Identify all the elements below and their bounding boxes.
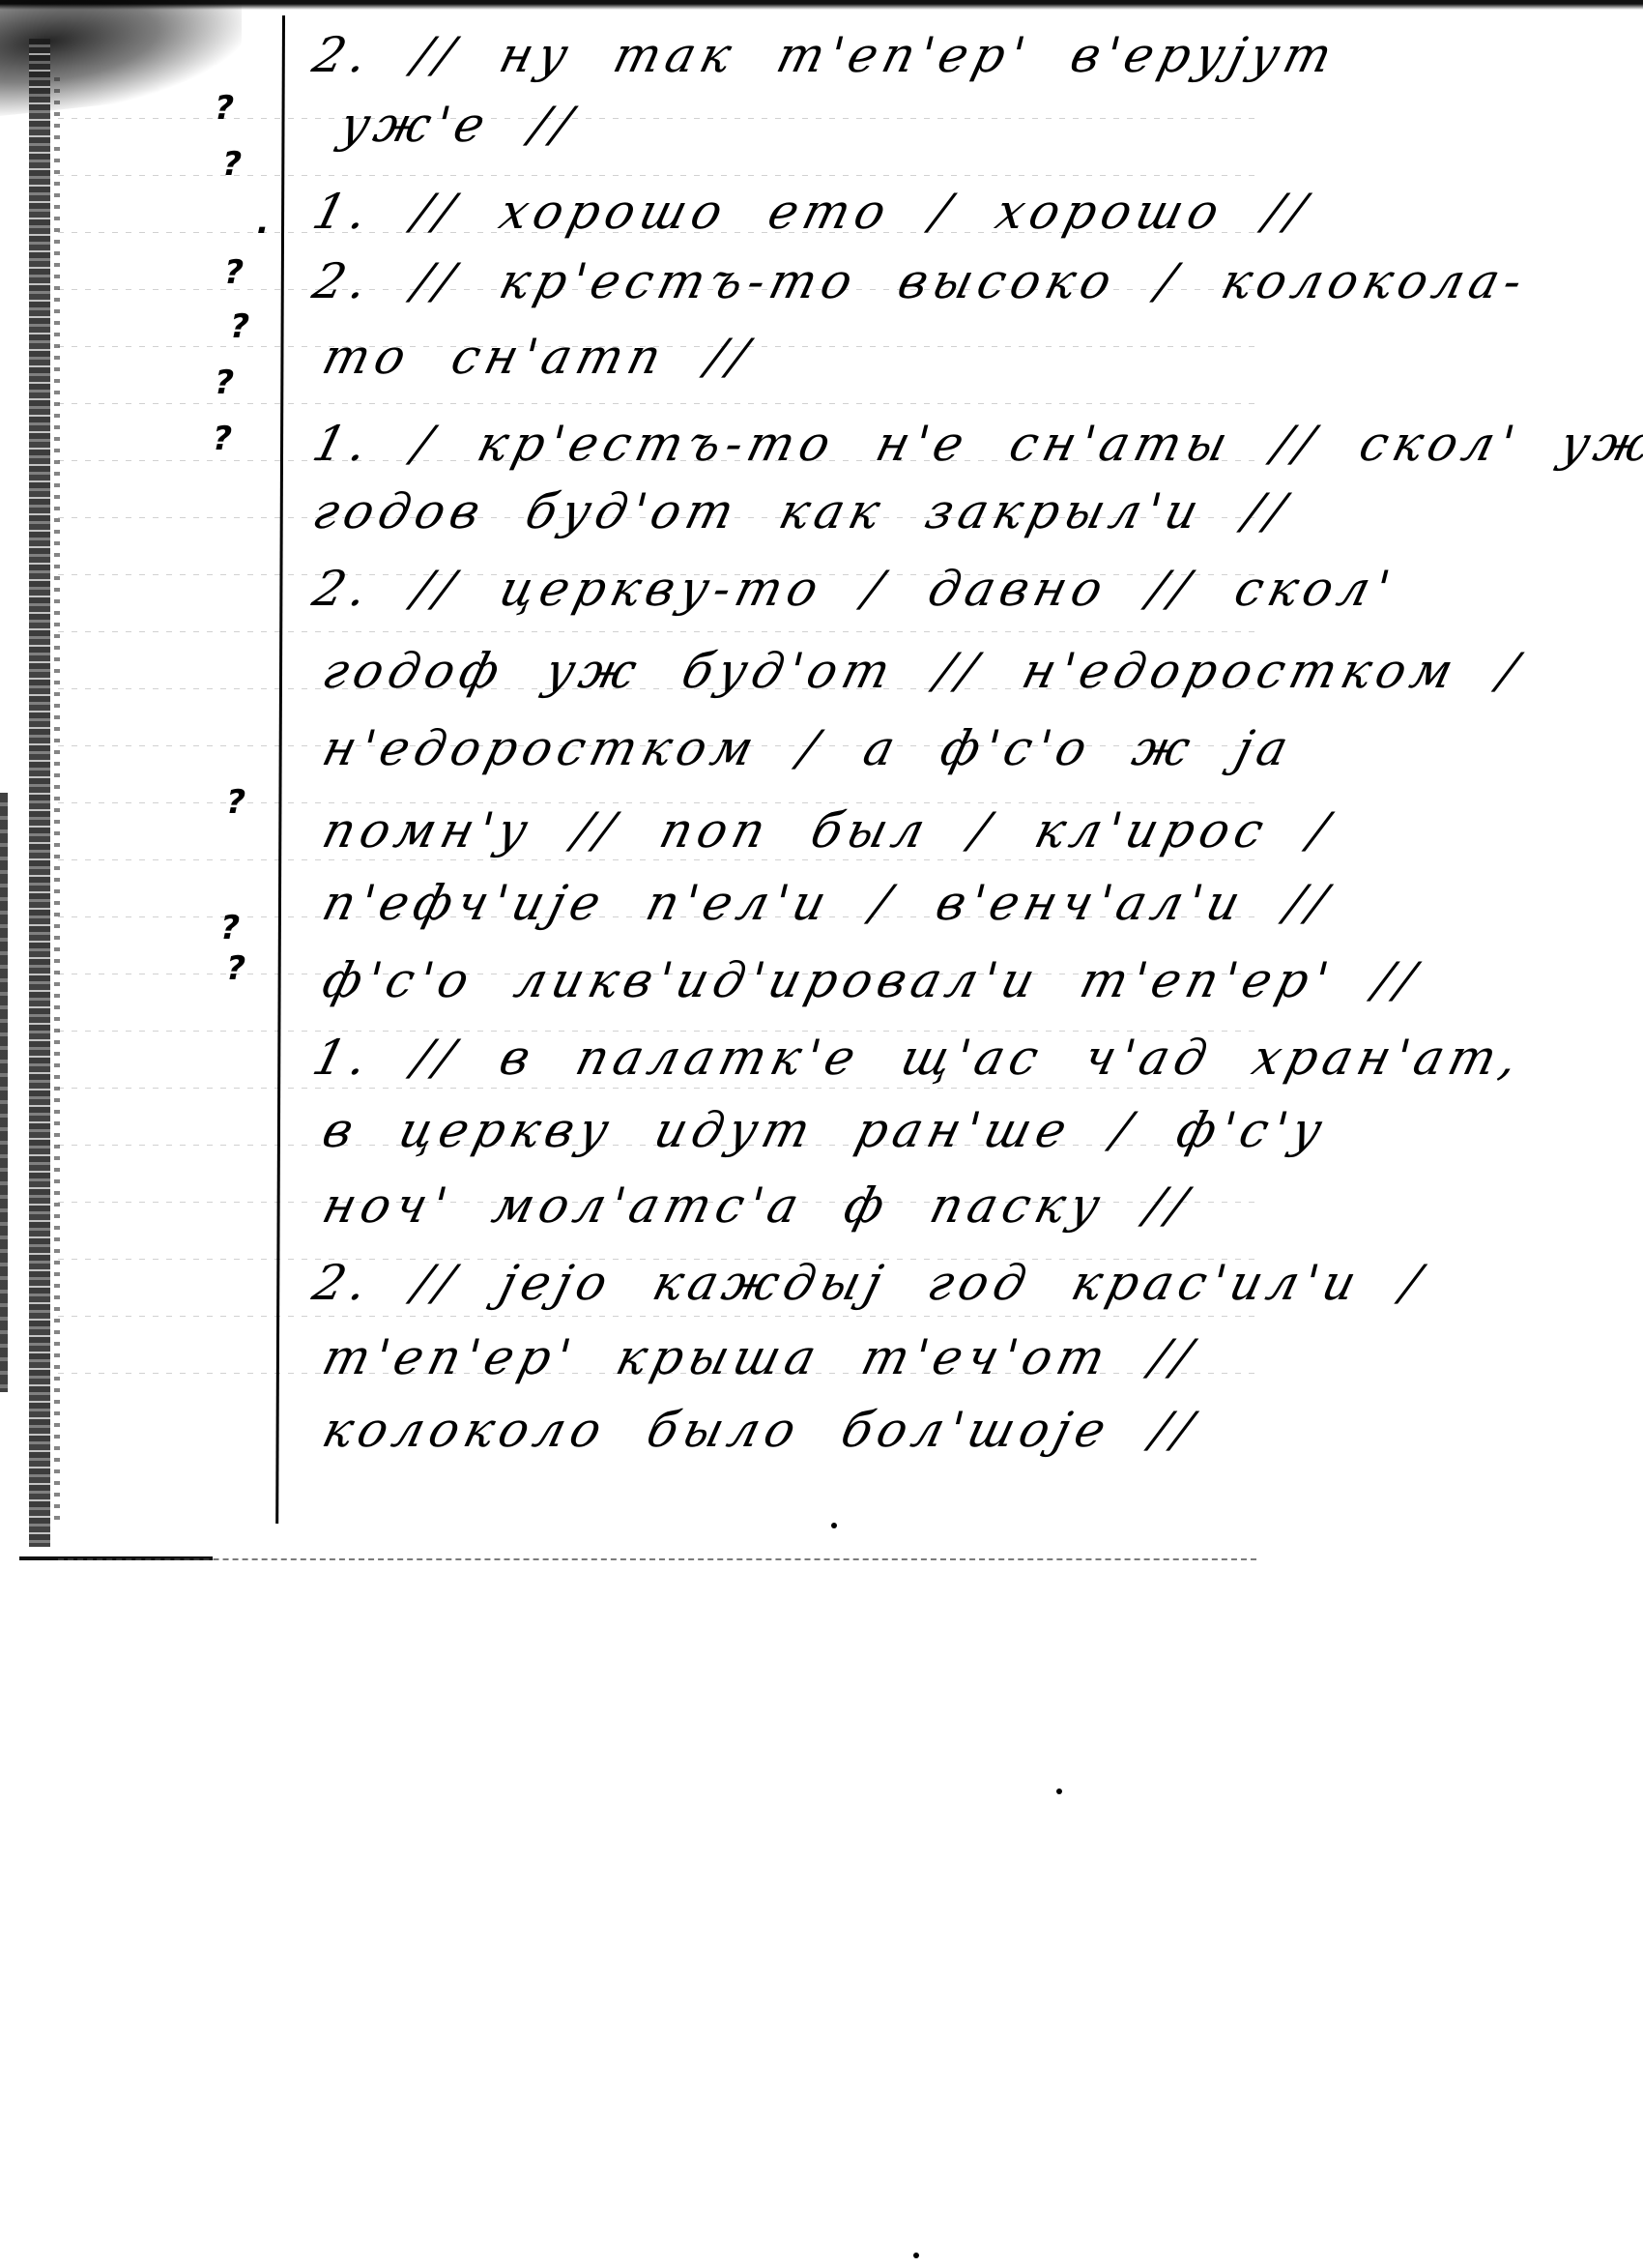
margin-dot-mark: .: [253, 203, 274, 242]
text-line: 1. / кр'естъ-то н'е сн'аты // скол' уж: [307, 416, 1643, 472]
scan-speck: [913, 2253, 919, 2258]
scan-speck: [1056, 1788, 1062, 1794]
margin-question-mark: ?: [226, 307, 253, 346]
text-line: помн'у // поп был / кл'ирос /: [317, 802, 1340, 858]
text-line: годоф уж буд'от // н'едоростком /: [317, 643, 1529, 699]
text-line: 2. // ну так т'еп'ер' в'ерујут: [307, 27, 1343, 83]
text-line: 2. // јејо каждыј год крас'ил'и /: [307, 1255, 1432, 1311]
text-line: 2. // церкву-то / давно // скол': [307, 561, 1401, 617]
margin-question-mark: ?: [209, 420, 236, 458]
margin-question-mark: ?: [211, 363, 238, 402]
margin-question-mark: ?: [222, 783, 249, 822]
margin-question-mark: ?: [220, 253, 247, 292]
scan-bottom-dashes: [58, 1558, 1256, 1560]
text-line: ф'с'о ликв'ид'ировал'и т'еп'ер' //: [317, 952, 1427, 1008]
text-line: ноч' мол'атс'а ф паску //: [317, 1178, 1198, 1234]
margin-question-mark: ?: [222, 949, 249, 988]
scan-left-edge: [0, 793, 8, 1392]
scan-speck: [831, 1523, 837, 1528]
text-line: колоколо было бол'шоје //: [317, 1402, 1204, 1458]
text-line: 1. // в палатк'е щ'ас ч'ад хран'ат,: [307, 1030, 1529, 1086]
text-line: уж'е //: [334, 97, 583, 153]
text-line: в церкву идут ран'ше / ф'с'у: [317, 1102, 1334, 1158]
text-line: 1. // хорошо ето / хорошо //: [307, 184, 1317, 240]
margin-question-mark: ?: [218, 145, 245, 184]
text-line: п'ефч'ије п'ел'и / в'енч'ал'и //: [317, 875, 1339, 931]
margin-annotations: ? ? . ? ? ? ? ? ? ?: [193, 0, 271, 1353]
text-line: годов буд'от как закрыл'и //: [307, 483, 1296, 539]
text-line: н'едоростком / а ф'с'о ж ја: [317, 720, 1299, 776]
text-line: то сн'атп //: [317, 329, 760, 385]
text-line: 2. // кр'естъ-то высоко / колокола-: [307, 253, 1534, 309]
margin-question-mark: ?: [211, 89, 238, 128]
text-line: т'еп'ер' крыша т'еч'от //: [317, 1329, 1203, 1385]
scan-binding-shadow: [29, 39, 50, 1547]
margin-question-mark: ?: [216, 909, 244, 947]
